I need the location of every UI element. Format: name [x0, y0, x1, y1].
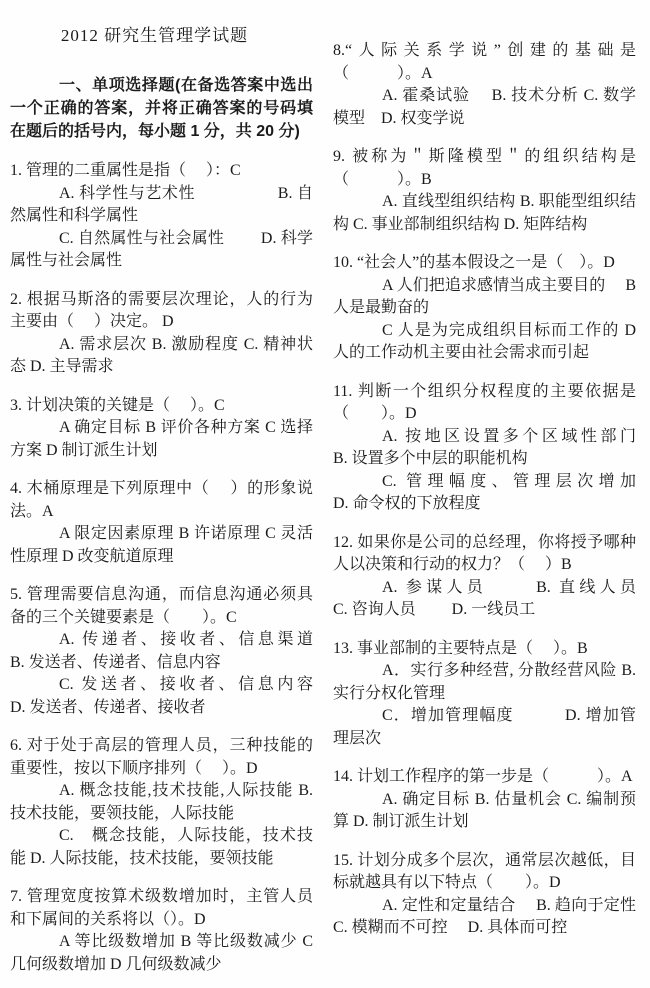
question-12-stem: 12. 如果你是公司的总经理，你将授予哪种人以决策和行动的权力？（ ）B [333, 532, 636, 577]
question-5-stem: 5. 管理需要信息沟通，而信息沟通必须具备的三个关键要素是（ ）。C [10, 584, 313, 629]
question-13-options-cd: C．增加管理幅度 D. 增加管理层次 [333, 705, 636, 750]
question-4-stem: 4. 木桶原理是下列原理中（ ）的形象说法。A [10, 478, 313, 523]
exam-document: 2012 研究生管理学试题 一、单项选择题(在备选答案中选出一个正确的答案，并将… [0, 0, 650, 988]
question-14-options: A. 确定目标 B. 估量机会 C. 编制预算 D. 制订派生计划 [333, 789, 636, 834]
question-13-options-ab: A．实行多种经营, 分散经营风险 B. 实行分权化管理 [333, 660, 636, 705]
question-2-options: A. 需求层次 B. 激励程度 C. 精神状态 D. 主导需求 [10, 334, 313, 379]
question-14: 14. 计划工作程序的第一步是（ ）。A A. 确定目标 B. 估量机会 C. … [333, 766, 636, 834]
question-1-options-ab: A. 科学性与艺术性 B. 自然属性和科学属性 [10, 183, 313, 228]
question-3-stem: 3. 计划决策的关键是（ ）。C [10, 395, 313, 418]
question-4: 4. 木桶原理是下列原理中（ ）的形象说法。A A 限定因素原理 B 许诺原理 … [10, 478, 313, 568]
question-8-options: A. 霍桑试验 B. 技术分析 C. 数学模型 D. 权变学说 [333, 85, 636, 130]
question-8-stem: 8.“人际关系学说”创建的基础是（ ）。A [333, 40, 636, 85]
question-8: 8.“人际关系学说”创建的基础是（ ）。A A. 霍桑试验 B. 技术分析 C.… [333, 40, 636, 130]
question-9-stem: 9. 被称为＂斯隆模型＂的组织结构是（ ）。B [333, 146, 636, 191]
question-10-stem: 10. “社会人”的基本假设之一是（ ）。D [333, 252, 636, 275]
question-9-options: A. 直线型组织结构 B. 职能型组织结构 C. 事业部制组织结构 D. 矩阵结… [333, 191, 636, 236]
question-7-options: A 等比级数增加 B 等比级数减少 C 几何级数增加 D 几何级数减少 [10, 931, 313, 976]
question-6-options-ab: A. 概念技能,技术技能,人际技能 B. 技术技能，要领技能，人际技能 [10, 780, 313, 825]
question-14-stem: 14. 计划工作程序的第一步是（ ）。A [333, 766, 636, 789]
left-column: 2012 研究生管理学试题 一、单项选择题(在备选答案中选出一个正确的答案，并将… [10, 0, 313, 988]
question-3: 3. 计划决策的关键是（ ）。C A 确定目标 B 评价各种方案 C 选择方案 … [10, 395, 313, 463]
question-1: 1. 管理的二重属性是指（ ）：C A. 科学性与艺术性 B. 自然属性和科学属… [10, 160, 313, 273]
question-2-stem: 2. 根据马斯洛的需要层次理论，人的行为主要由（ ）决定。 D [10, 289, 313, 334]
question-2: 2. 根据马斯洛的需要层次理论，人的行为主要由（ ）决定。 D A. 需求层次 … [10, 289, 313, 379]
question-15-options: A. 定性和定量结合 B. 趋向于定性 C. 模糊而不可控 D. 具体而可控 [333, 895, 636, 940]
question-6: 6. 对于处于高层的管理人员，三种技能的重要性，按以下顺序排列（ ）。D A. … [10, 735, 313, 870]
question-1-stem: 1. 管理的二重属性是指（ ）：C [10, 160, 313, 183]
question-15: 15. 计划分成多个层次，通常层次越低，目标就越具有以下特点（ ）。D A. 定… [333, 850, 636, 940]
question-10: 10. “社会人”的基本假设之一是（ ）。D A 人们把追求感情当成主要目的 B… [333, 252, 636, 365]
question-7-stem: 7. 管理宽度按算术级数增加时，主管人员和下属间的关系将以（）。D [10, 886, 313, 931]
question-4-options: A 限定因素原理 B 许诺原理 C 灵活性原理 D 改变航道原理 [10, 523, 313, 568]
question-1-options-cd: C. 自然属性与社会属性 D. 科学属性与社会属性 [10, 228, 313, 273]
page-title: 2012 研究生管理学试题 [10, 24, 299, 48]
question-11-options-cd: C. 管理幅度、管理层次增加 D. 命令权的下放程度 [333, 471, 636, 516]
question-10-options-cd: C 人是为完成组织目标而工作的 D 人的工作动机主要由社会需求而引起 [333, 320, 636, 365]
question-11-stem: 11. 判断一个组织分权程度的主要依据是（ ）。D [333, 381, 636, 426]
question-12: 12. 如果你是公司的总经理，你将授予哪种人以决策和行动的权力？（ ）B A. … [333, 532, 636, 622]
question-13-stem: 13. 事业部制的主要特点是（ ）。B [333, 638, 636, 661]
question-11: 11. 判断一个组织分权程度的主要依据是（ ）。D A. 按地区设置多个区域性部… [333, 381, 636, 516]
question-9: 9. 被称为＂斯隆模型＂的组织结构是（ ）。B A. 直线型组织结构 B. 职能… [333, 146, 636, 236]
question-6-stem: 6. 对于处于高层的管理人员，三种技能的重要性，按以下顺序排列（ ）。D [10, 735, 313, 780]
question-5-options-cd: C. 发送者、接收者、信息内容 D. 发送者、传递者、接收者 [10, 674, 313, 719]
section-heading: 一、单项选择题(在备选答案中选出一个正确的答案，并将正确答案的号码填在题后的括号… [10, 74, 313, 143]
question-10-options-ab: A 人们把追求感情当成主要目的 B 人是最勤奋的 [333, 275, 636, 320]
question-13: 13. 事业部制的主要特点是（ ）。B A．实行多种经营, 分散经营风险 B. … [333, 638, 636, 751]
question-3-options: A 确定目标 B 评价各种方案 C 选择方案 D 制订派生计划 [10, 417, 313, 462]
question-15-stem: 15. 计划分成多个层次，通常层次越低，目标就越具有以下特点（ ）。D [333, 850, 636, 895]
question-5-options-ab: A. 传递者、接收者、信息渠道 B. 发送者、传递者、信息内容 [10, 629, 313, 674]
question-6-options-cd: C. 概念技能，人际技能，技术技能 D. 人际技能，技术技能，要领技能 [10, 825, 313, 870]
question-11-options-ab: A. 按地区设置多个区域性部门 B. 设置多个中层的职能机构 [333, 426, 636, 471]
question-7: 7. 管理宽度按算术级数增加时，主管人员和下属间的关系将以（）。D A 等比级数… [10, 886, 313, 976]
question-5: 5. 管理需要信息沟通，而信息沟通必须具备的三个关键要素是（ ）。C A. 传递… [10, 584, 313, 719]
question-12-options: A. 参谋人员 B. 直线人员 C. 咨询人员 D. 一线员工 [333, 577, 636, 622]
right-column: 8.“人际关系学说”创建的基础是（ ）。A A. 霍桑试验 B. 技术分析 C.… [333, 0, 636, 988]
